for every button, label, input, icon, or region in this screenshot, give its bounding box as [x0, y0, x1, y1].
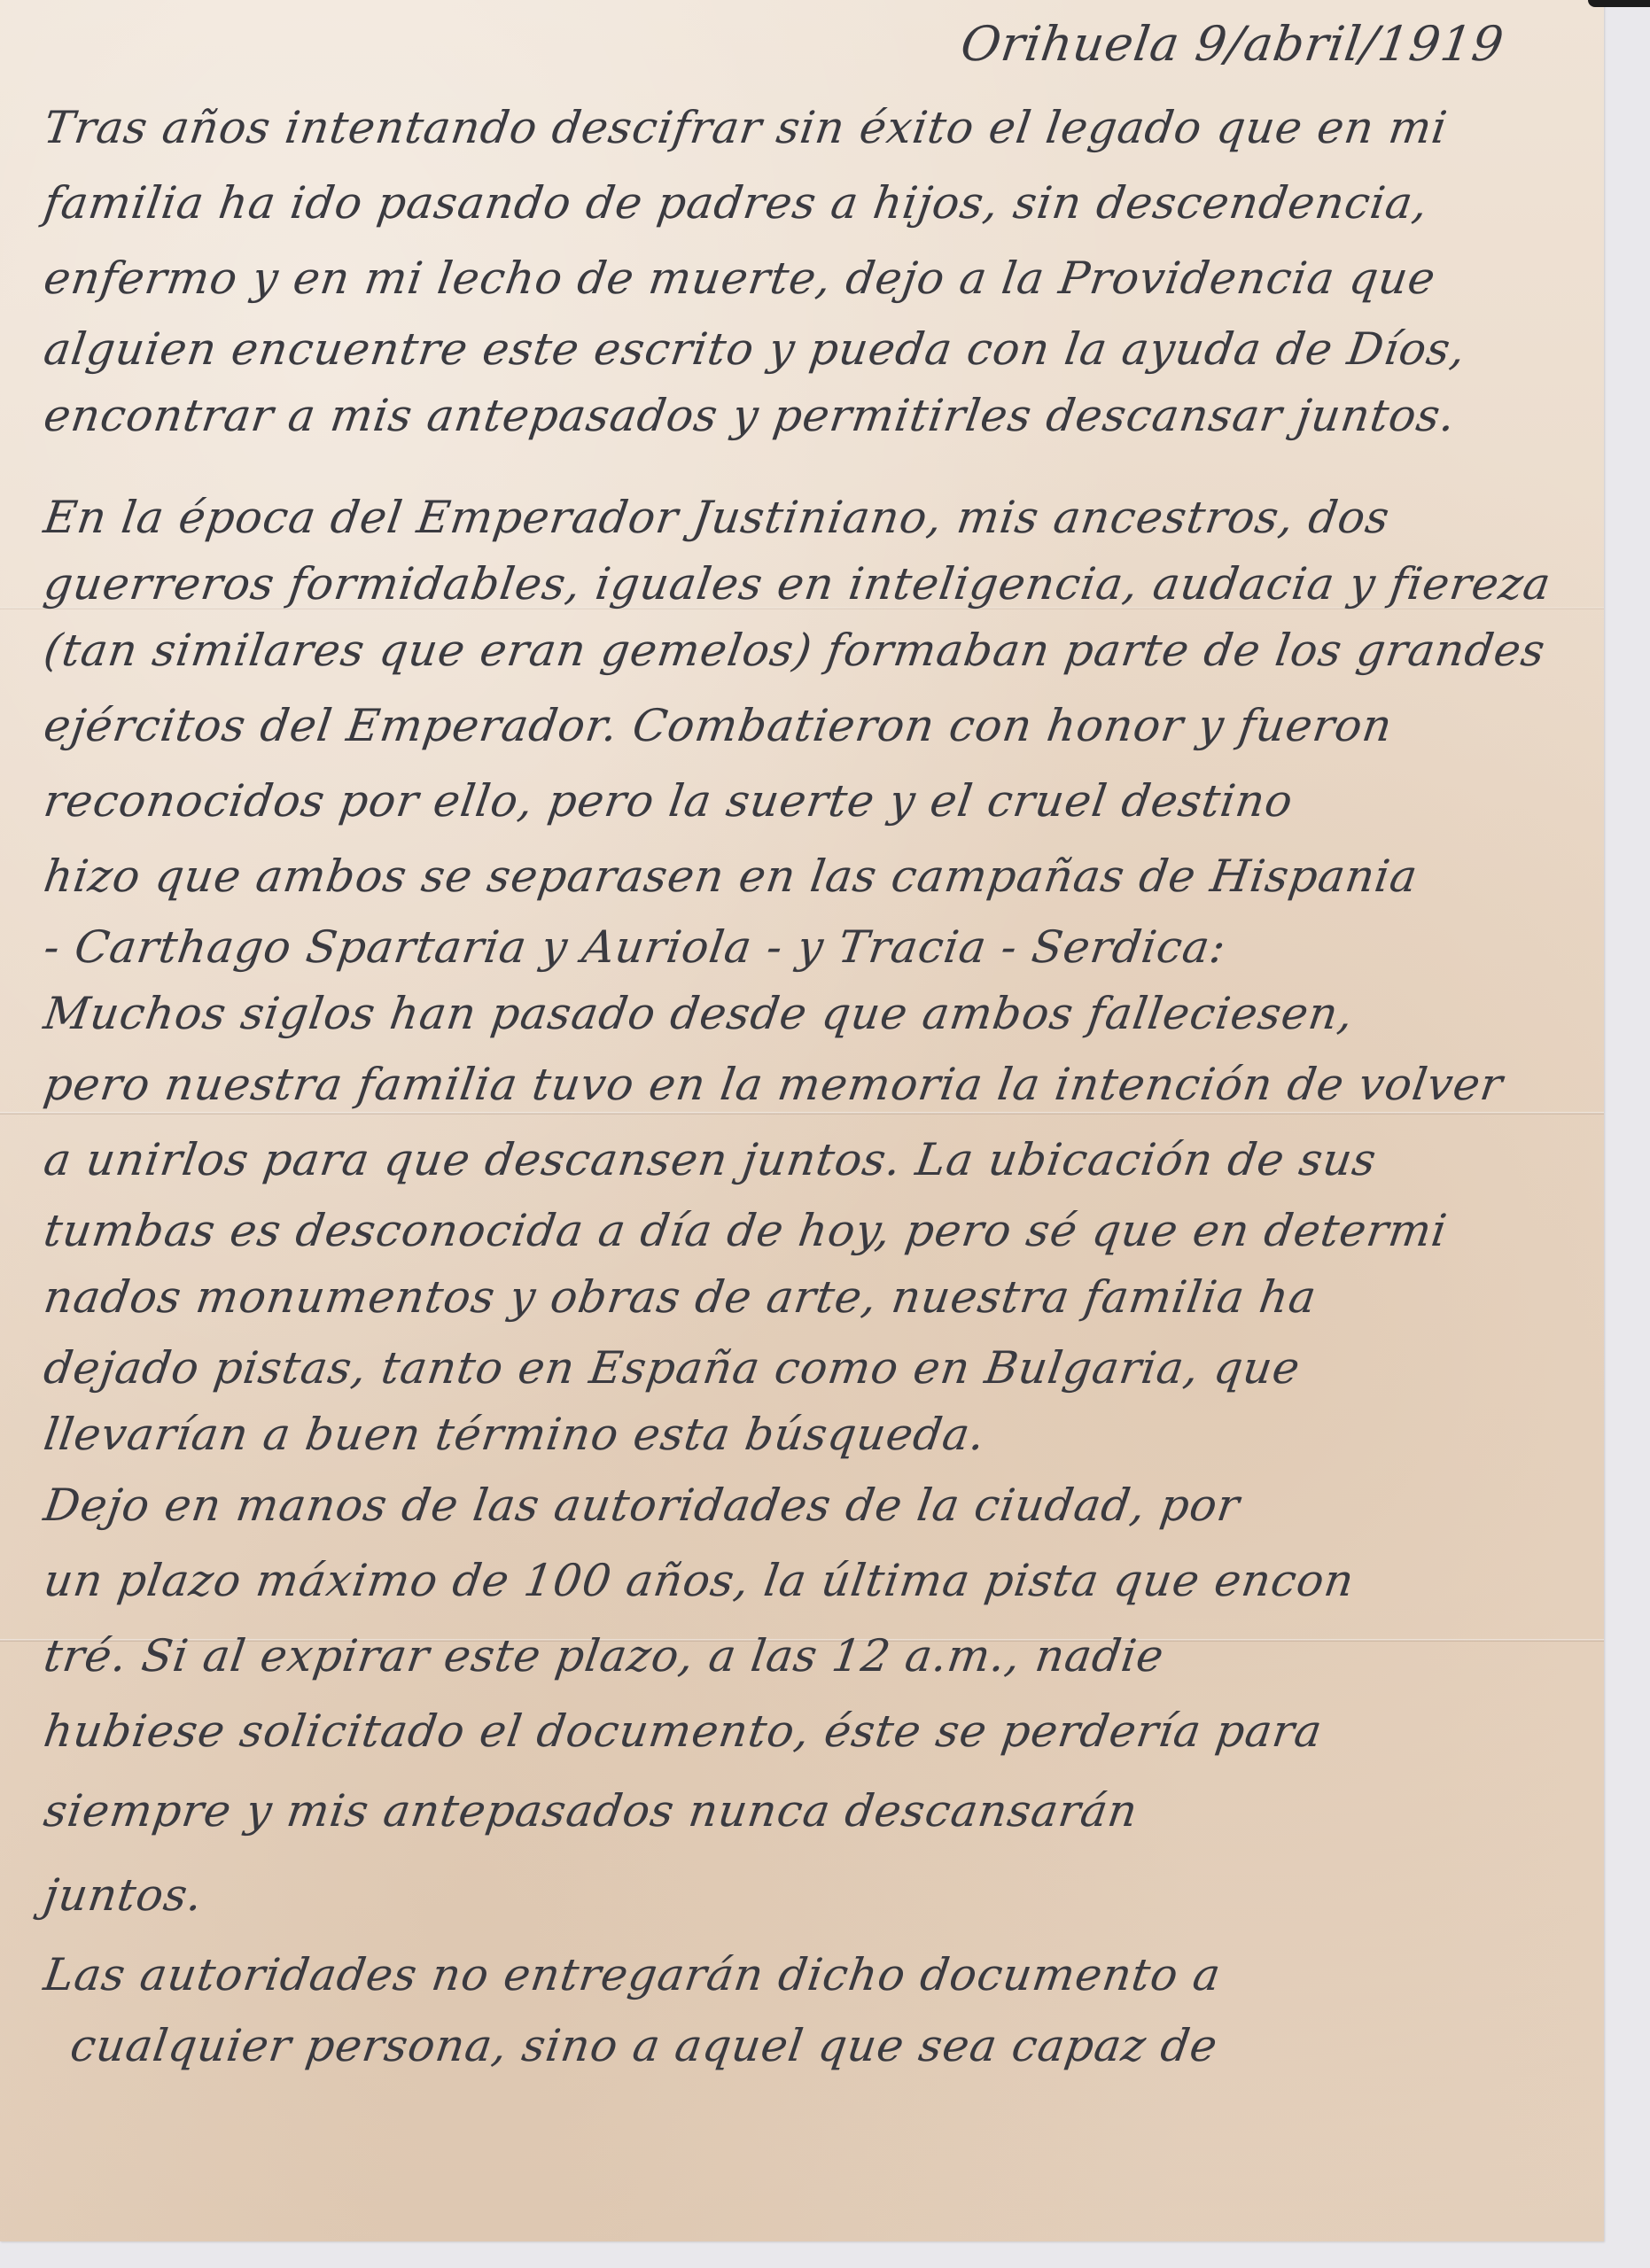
letter-line: hubiese solicitado el documento, éste se… [41, 1705, 1326, 1757]
letter-line: enfermo y en mi lecho de muerte, dejo a … [41, 252, 1439, 304]
letter-line: pero nuestra familia tuvo en la memoria … [41, 1059, 1506, 1110]
letter-line: Muchos siglos han pasado desde que ambos… [41, 988, 1357, 1039]
letter-line: llevarían a buen término esta búsqueda. [41, 1409, 989, 1460]
letter-line: Las autoridades no entregarán dicho docu… [41, 1949, 1225, 2000]
letter-line: tré. Si al expirar este plazo, a las 12 … [41, 1630, 1167, 1682]
letter-line: Dejo en manos de las autoridades de la c… [41, 1480, 1243, 1531]
letter-line: encontrar a mis antepasados y permitirle… [41, 390, 1459, 441]
letter-line: un plazo máximo de 100 años, la última p… [41, 1555, 1358, 1606]
letter-line: En la época del Emperador Justiniano, mi… [41, 492, 1393, 543]
letter-line: Tras años intentando descifrar sin éxito… [41, 102, 1451, 153]
letter-line: cualquier persona, sino a aquel que sea … [67, 2020, 1221, 2071]
letter-line: tumbas es desconocida a día de hoy, pero… [41, 1205, 1451, 1256]
letter-line: - Carthago Spartaria y Auriola - y Traci… [41, 921, 1230, 973]
letter-place-date: Orihuela 9/abril/1919 [958, 16, 1508, 72]
letter-line: a unirlos para que descansen juntos. La … [41, 1134, 1380, 1185]
letter-line: reconocidos por ello, pero la suerte y e… [41, 775, 1296, 827]
letter-line: dejado pistas, tanto en España como en B… [41, 1342, 1304, 1394]
letter-line: siempre y mis antepasados nunca descansa… [41, 1785, 1141, 1837]
letter-line: hizo que ambos se separasen en las campa… [41, 850, 1421, 902]
letter-line: guerreros formidables, iguales en inteli… [41, 558, 1554, 610]
letter-line: nados monumentos y obras de arte, nuestr… [41, 1271, 1320, 1323]
letter-line: ejércitos del Emperador. Combatieron con… [41, 700, 1396, 751]
letter-line: alguien encuentre este escrito y pueda c… [41, 323, 1469, 375]
paper-fold-crease [0, 1112, 1604, 1115]
letter-line: juntos. [41, 1869, 206, 1921]
letter-line: (tan similares que eran gemelos) formaba… [41, 625, 1549, 676]
scanner-edge-shadow [1588, 0, 1650, 7]
letter-line: familia ha ido pasando de padres a hijos… [41, 177, 1432, 229]
letter-paper: Orihuela 9/abril/1919 Tras años intentan… [0, 0, 1604, 2241]
